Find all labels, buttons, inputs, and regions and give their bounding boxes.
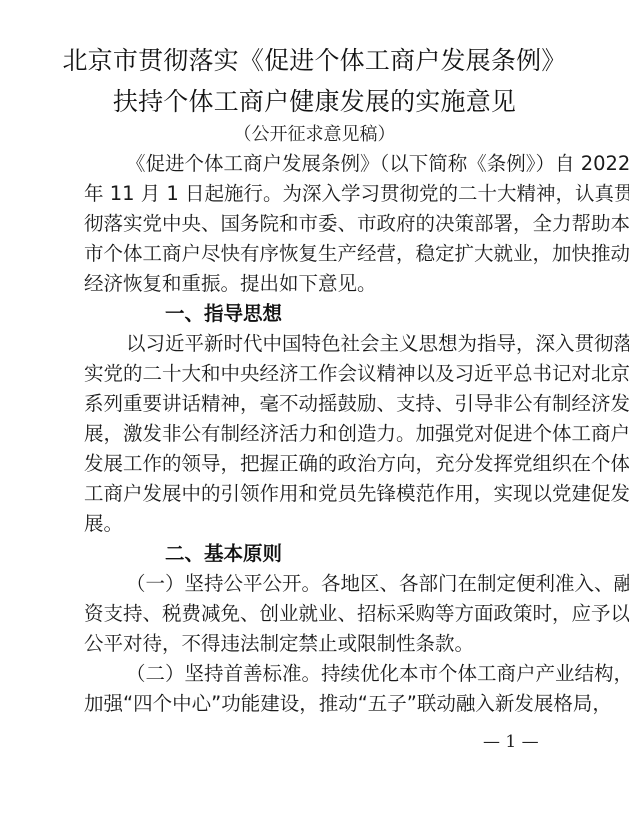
section-2-heading: 二、基本原则 [84, 539, 554, 569]
section-1-line: 展，激发非公有制经济活力和创造力。加强党对促进个体工商户 [84, 419, 554, 449]
intro-line: 年 11 月 1 日起施行。为深入学习贯彻党的二十大精神，认真贯 [84, 179, 554, 209]
section-2-item-1-line: （一）坚持公平公开。各地区、各部门在制定便利准入、融 [84, 569, 554, 599]
section-2-item-2-paragraph: （二）坚持首善标准。持续优化本市个体工商户产业结构， 加强“四个中心”功能建设，… [84, 659, 554, 719]
intro-line: 彻落实党中央、国务院和市委、市政府的决策部署，全力帮助本 [84, 209, 554, 239]
intro-line: 经济恢复和重振。提出如下意见。 [84, 269, 554, 299]
document-body: 《促进个体工商户发展条例》（以下简称《条例》）自 2022 年 11 月 1 日… [84, 149, 554, 719]
section-2-item-1-paragraph: （一）坚持公平公开。各地区、各部门在制定便利准入、融 资支持、税费减免、创业就业… [84, 569, 554, 659]
section-1-line: 发展工作的领导，把握正确的政治方向，充分发挥党组织在个体 [84, 449, 554, 479]
section-1-line: 工商户发展中的引领作用和党员先锋模范作用，实现以党建促发 [84, 479, 554, 509]
document-title-line-1: 北京市贯彻落实《促进个体工商户发展条例》 [0, 46, 629, 76]
document-subtitle: （公开征求意见稿） [0, 122, 629, 148]
section-1-heading: 一、指导思想 [84, 299, 554, 329]
section-2-item-2-line: （二）坚持首善标准。持续优化本市个体工商户产业结构， [84, 659, 554, 689]
intro-line: 市个体工商户尽快有序恢复生产经营，稳定扩大就业，加快推动 [84, 239, 554, 269]
section-2-item-1-line: 公平对待，不得违法制定禁止或限制性条款。 [84, 629, 554, 659]
document-title-line-2: 扶持个体工商户健康发展的实施意见 [0, 87, 629, 117]
section-1-line: 实党的二十大和中央经济工作会议精神以及习近平总书记对北京 [84, 359, 554, 389]
section-1-line: 以习近平新时代中国特色社会主义思想为指导，深入贯彻落 [84, 329, 554, 359]
section-1-paragraph: 以习近平新时代中国特色社会主义思想为指导，深入贯彻落 实党的二十大和中央经济工作… [84, 329, 554, 539]
section-1-line: 系列重要讲话精神，毫不动摇鼓励、支持、引导非公有制经济发 [84, 389, 554, 419]
intro-line: 《促进个体工商户发展条例》（以下简称《条例》）自 2022 [84, 149, 554, 179]
intro-paragraph: 《促进个体工商户发展条例》（以下简称《条例》）自 2022 年 11 月 1 日… [84, 149, 554, 299]
page-number: — 1 — [483, 731, 539, 753]
document-page: 北京市贯彻落实《促进个体工商户发展条例》 扶持个体工商户健康发展的实施意见 （公… [0, 0, 629, 813]
section-1-line: 展。 [84, 509, 554, 539]
section-2-item-2-line: 加强“四个中心”功能建设，推动“五子”联动融入新发展格局， [84, 689, 554, 719]
section-2-item-1-line: 资支持、税费减免、创业就业、招标采购等方面政策时，应予以 [84, 599, 554, 629]
